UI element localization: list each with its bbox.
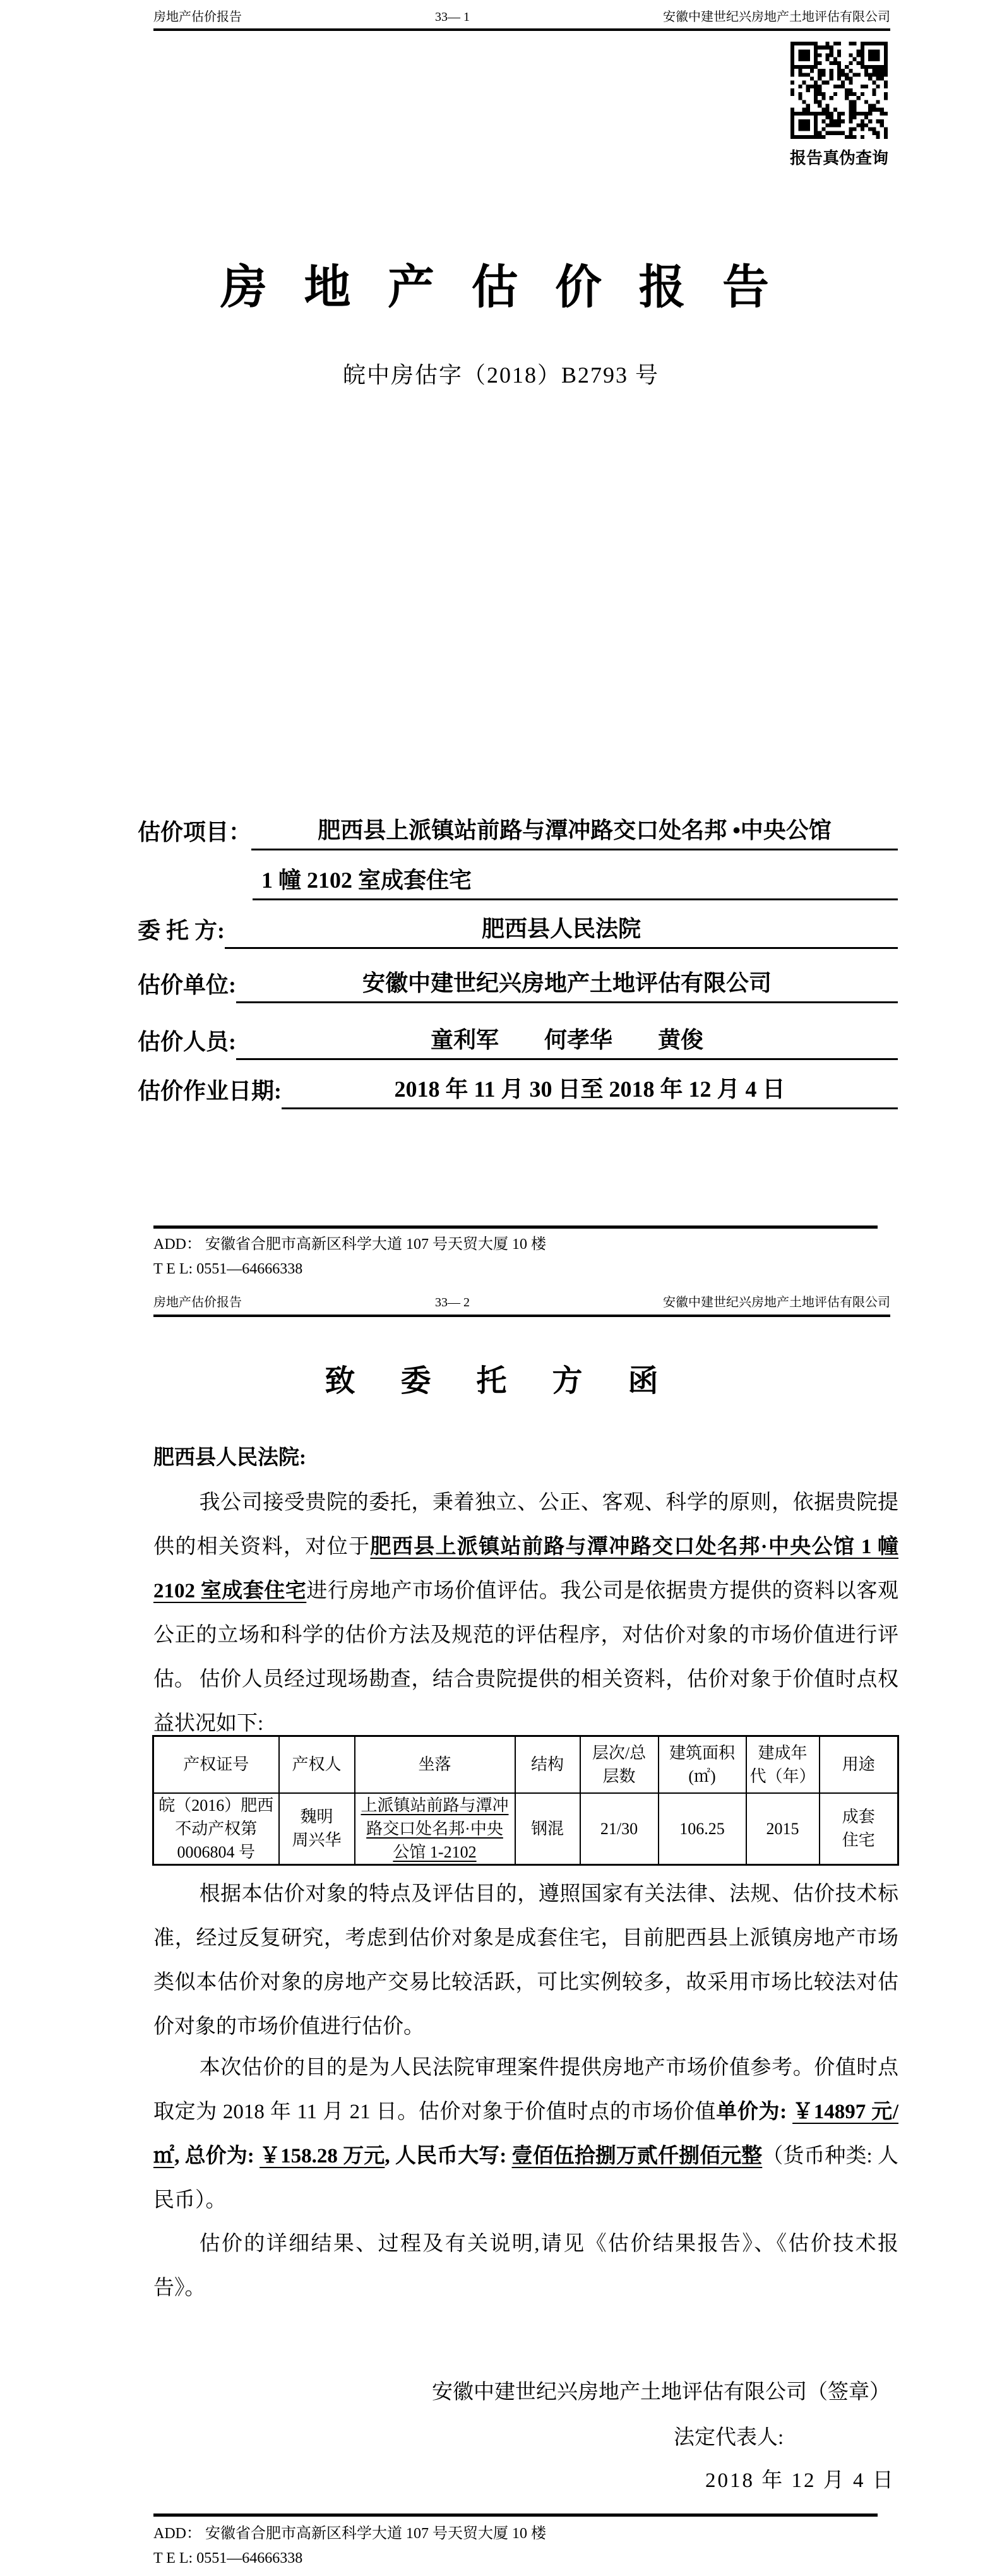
field-agency: 估价单位: 安徽中建世纪兴房地产土地评估有限公司 (138, 965, 898, 1003)
total-price-label: 总价为: (185, 2145, 259, 2168)
field-project-label: 估价项目： (138, 814, 251, 850)
cell-cert-no: 皖（2016）肥西 不动产权第 0006804 号 (153, 1793, 279, 1865)
cell-owners: 魏明 周兴华 (279, 1793, 355, 1865)
field-appraisers: 估价人员: 童利军 何孝华 黄俊 (138, 1022, 898, 1060)
price-words-label: 人民币大写: (395, 2145, 512, 2168)
col-use: 用途 (820, 1736, 898, 1793)
field-project: 估价项目： 肥西县上派镇站前路与潭冲路交口处名邦 •中央公馆 (138, 813, 898, 850)
header-page-number: 33— 1 (435, 10, 470, 25)
cell-use: 成套 住宅 (820, 1793, 898, 1865)
header-company-name: 安徽中建世纪兴房地产土地评估有限公司 (663, 6, 890, 25)
table-header-row: 产权证号 产权人 坐落 结构 层次/总 层数 建筑面积 (㎡) 建成年 代（年）… (153, 1736, 898, 1793)
field-appraisers-value: 童利军 何孝华 黄俊 (236, 1022, 898, 1060)
cell-year-built: 2015 (746, 1793, 820, 1865)
header-doc-title: 房地产估价报告 (153, 1292, 242, 1310)
col-structure: 结构 (515, 1736, 580, 1793)
signature-company: 安徽中建世纪兴房地产土地评估有限公司（签章） (432, 2375, 890, 2405)
field-client-value: 肥西县人民法院 (225, 911, 898, 949)
header-company-name: 安徽中建世纪兴房地产土地评估有限公司 (663, 1292, 890, 1310)
letter-title: 致 委 托 方 函 (0, 1356, 1002, 1400)
property-rights-table: 产权证号 产权人 坐落 结构 层次/总 层数 建筑面积 (㎡) 建成年 代（年）… (152, 1735, 899, 1866)
field-work-dates-value: 2018 年 11 月 30 日至 2018 年 12 月 4 日 (282, 1071, 898, 1109)
col-location: 坐落 (355, 1736, 515, 1793)
page1-running-header: 房地产估价报告 33— 1 安徽中建世纪兴房地产土地评估有限公司 (153, 6, 890, 25)
salutation: 肥西县人民法院: (153, 1441, 306, 1470)
page1-footer-rule (153, 1225, 878, 1229)
header-rule (153, 28, 890, 31)
header-page-number: 33— 2 (435, 1296, 470, 1310)
comma: , (174, 2145, 185, 2168)
col-owner: 产权人 (279, 1736, 355, 1793)
table-row: 皖（2016）肥西 不动产权第 0006804 号 魏明 周兴华 上派镇站前路与… (153, 1793, 898, 1865)
field-work-dates: 估价作业日期: 2018 年 11 月 30 日至 2018 年 12 月 4 … (138, 1071, 898, 1109)
field-agency-label: 估价单位: (138, 967, 236, 1003)
paragraph-reference: 估价的详细结果、过程及有关说明,请见《估价结果报告》、《估价技术报告》。 (153, 2222, 898, 2310)
header-doc-title: 房地产估价报告 (153, 6, 242, 25)
page1-footer: ADD： 安徽省合肥市高新区科学大道 107 号天贸大厦 10 楼 T E L:… (153, 1232, 546, 1282)
cell-floor: 21/30 (580, 1793, 659, 1865)
field-project-value-2: 1 幢 2102 室成套住宅 (253, 862, 898, 900)
field-client-label: 委 托 方: (138, 913, 225, 949)
paragraph-inspection: 估价人员经过现场勘查，结合贵院提供的相关资料，估价对象于价值时点权益状况如下: (153, 1657, 898, 1746)
field-work-dates-label: 估价作业日期: (138, 1073, 282, 1109)
field-appraisers-label: 估价人员: (138, 1024, 236, 1060)
appraisal-report-document: 房地产估价报告 33— 1 安徽中建世纪兴房地产土地评估有限公司 报告真伪查询 … (0, 0, 1002, 2576)
page2-running-header: 房地产估价报告 33— 2 安徽中建世纪兴房地产土地评估有限公司 (153, 1292, 890, 1310)
col-year-built: 建成年 代（年） (746, 1736, 820, 1793)
header-rule (153, 1315, 890, 1317)
field-project-value: 肥西县上派镇站前路与潭冲路交口处名邦 •中央公馆 (251, 813, 898, 850)
paragraph-method: 根据本估价对象的特点及评估目的，遵照国家有关法律、法规、估价技术标准，经过反复研… (153, 1872, 898, 2049)
page2-footer: ADD： 安徽省合肥市高新区科学大道 107 号天贸大厦 10 楼 T E L:… (153, 2522, 546, 2571)
footer-address: ADD： 安徽省合肥市高新区科学大道 107 号天贸大厦 10 楼 (153, 2522, 546, 2546)
paragraph-conclusion: 本次估价的目的是为人民法院审理案件提供房地产市场价值参考。价值时点取定为 201… (153, 2046, 898, 2222)
field-project-continuation: 1 幢 2102 室成套住宅 (253, 862, 898, 900)
comma: , (385, 2145, 395, 2168)
field-agency-value: 安徽中建世纪兴房地产土地评估有限公司 (236, 965, 898, 1003)
qr-caption: 报告真伪查询 (775, 145, 903, 169)
report-number: 皖中房估字（2018）B2793 号 (0, 357, 1002, 390)
signature-legal-representative: 法定代表人: (674, 2421, 784, 2450)
col-area: 建筑面积 (㎡) (659, 1736, 746, 1793)
field-client: 委 托 方: 肥西县人民法院 (138, 911, 898, 949)
cell-area: 106.25 (659, 1793, 746, 1865)
col-cert-no: 产权证号 (153, 1736, 279, 1793)
price-words-value: 壹佰伍拾捌万贰仟捌佰元整 (512, 2145, 763, 2168)
footer-phone: T E L: 0551—64666338 (153, 2546, 546, 2571)
cell-structure: 钢混 (515, 1793, 580, 1865)
cell-location: 上派镇站前路与潭冲 路交口处名邦·中央 公馆 1-2102 (355, 1793, 515, 1865)
report-main-title: 房 地 产 估 价 报 告 (0, 250, 1002, 317)
unit-price-label: 单价为: (716, 2101, 792, 2123)
report-verification-qr-code (790, 42, 888, 139)
total-price-value: ￥158.28 万元 (259, 2145, 385, 2168)
page2-footer-rule (153, 2513, 878, 2517)
footer-address: ADD： 安徽省合肥市高新区科学大道 107 号天贸大厦 10 楼 (153, 1232, 546, 1257)
signature-date: 2018 年 12 月 4 日 (705, 2464, 895, 2493)
col-floor: 层次/总 层数 (580, 1736, 659, 1793)
footer-phone: T E L: 0551—64666338 (153, 1257, 546, 1282)
